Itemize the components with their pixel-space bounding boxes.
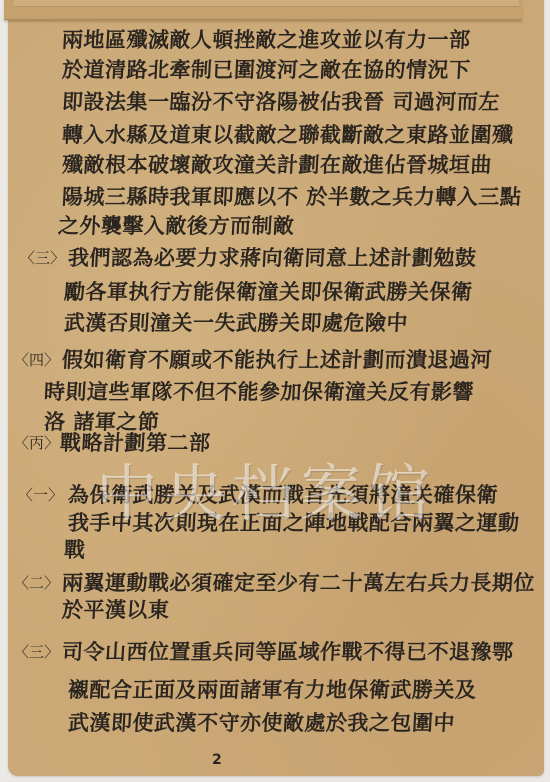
- text-line-22: 武漢即使武漢不守亦使敵處於我之包圍中: [67, 710, 455, 736]
- section-label-bing: 〈丙〉: [14, 430, 59, 456]
- page-number: 2: [212, 752, 222, 768]
- text-line-10: 武漢否則潼关一失武勝关即處危險中: [63, 310, 408, 336]
- text-line-18: 兩翼運動戰必須確定至少有二十萬左右兵力長期位: [61, 570, 535, 596]
- folded-top-strip: [4, 0, 522, 20]
- item-label-3: 〈三〉: [20, 245, 65, 271]
- text-line-21: 襯配合正面及兩面諸軍有力地保衛武勝关及: [67, 677, 477, 703]
- text-line-15: 為保衛武勝关及武漢而戰首先須將潼关確保衛: [67, 482, 498, 508]
- text-line-8: 我們認為必要力求蔣向衛同意上述計劃勉鼓: [67, 245, 477, 271]
- text-line-4: 轉入水縣及道東以截敵之聯截斷敵之東路並圍殲: [61, 122, 514, 148]
- text-line-12: 時則這些軍隊不但不能參加保衛潼关反有影響: [43, 379, 474, 405]
- item-label-3b: 〈三〉: [14, 639, 59, 665]
- text-line-19: 於平漢以東: [61, 597, 170, 623]
- text-line-16: 我手中其次則現在正面之陣地戰配合兩翼之運動: [67, 510, 520, 536]
- text-line-6: 陽城三縣時我軍即應以不 於半數之兵力轉入三點: [61, 184, 522, 210]
- item-label-2: 〈二〉: [14, 570, 59, 596]
- text-line-5: 殲敵根本破壞敵攻潼关計劃在敵進佔晉城垣曲: [61, 152, 492, 178]
- text-line-7: 之外襲擊入敵後方而制敵: [57, 213, 295, 239]
- text-line-1: 兩地區殲滅敵人頓挫敵之進攻並以有力一部: [61, 27, 471, 53]
- text-line-9: 勵各軍执行方能保衛潼关即保衛武勝关保衛: [63, 279, 473, 305]
- item-label-1: 〈一〉: [18, 482, 63, 508]
- text-line-20: 司令山西位置重兵同等區域作戰不得已不退豫鄂: [61, 639, 514, 665]
- section-heading: 戰略計劃第二部: [59, 430, 211, 456]
- item-label-4: 〈四〉: [14, 347, 59, 373]
- text-line-3: 即設法集一臨汾不守洛陽被佔我晉 司過河而左: [61, 89, 500, 115]
- text-line-17: 戰: [63, 537, 86, 563]
- text-line-2: 於道清路北牽制已圍渡河之敵在協的情況下: [61, 57, 471, 83]
- text-line-11: 假如衛育不願或不能执行上述計劃而潰退過河: [61, 347, 492, 373]
- top-strip-edge: [14, 0, 519, 7]
